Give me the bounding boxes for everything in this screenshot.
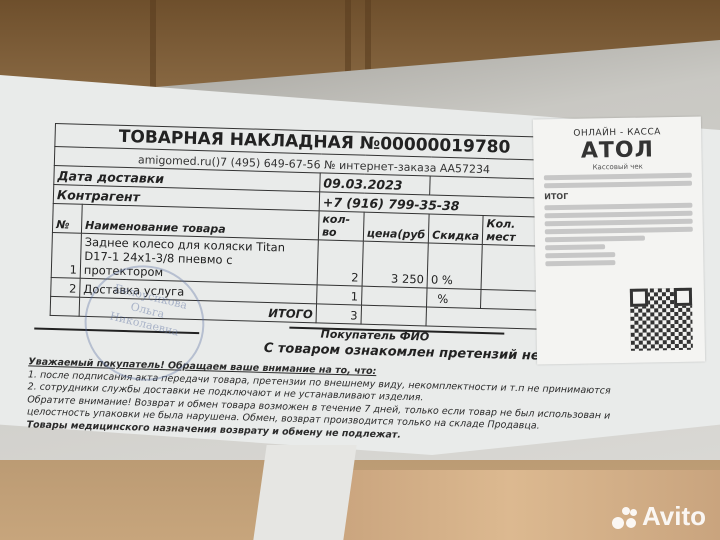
receipt-subheader: Кассовый чек [534, 162, 702, 173]
column-header: № [52, 203, 82, 233]
receipt-logo: АТОЛ [533, 137, 701, 165]
invoice-document: ТОВАРНАЯ НАКЛАДНАЯ №00000019780 amigomed… [49, 123, 555, 347]
column-header: цена(руб [363, 212, 429, 243]
avito-logo-icon [612, 505, 638, 529]
qr-code-icon [630, 288, 693, 351]
receipt-total-label: ИТОГ [544, 190, 692, 202]
column-header: Скидка [428, 214, 483, 244]
column-header: Кол. мест [482, 215, 542, 246]
total-qty: 3 [316, 304, 361, 324]
packing-tape [253, 445, 356, 540]
door-panel-groove [150, 0, 156, 90]
cash-receipt: ОНЛАЙН - КАССА АТОЛ Кассовый чек ИТОГ [533, 117, 705, 365]
avito-brand-text: Avito [642, 501, 706, 532]
avito-watermark: Avito [612, 501, 706, 532]
column-header: кол-во [318, 211, 364, 241]
